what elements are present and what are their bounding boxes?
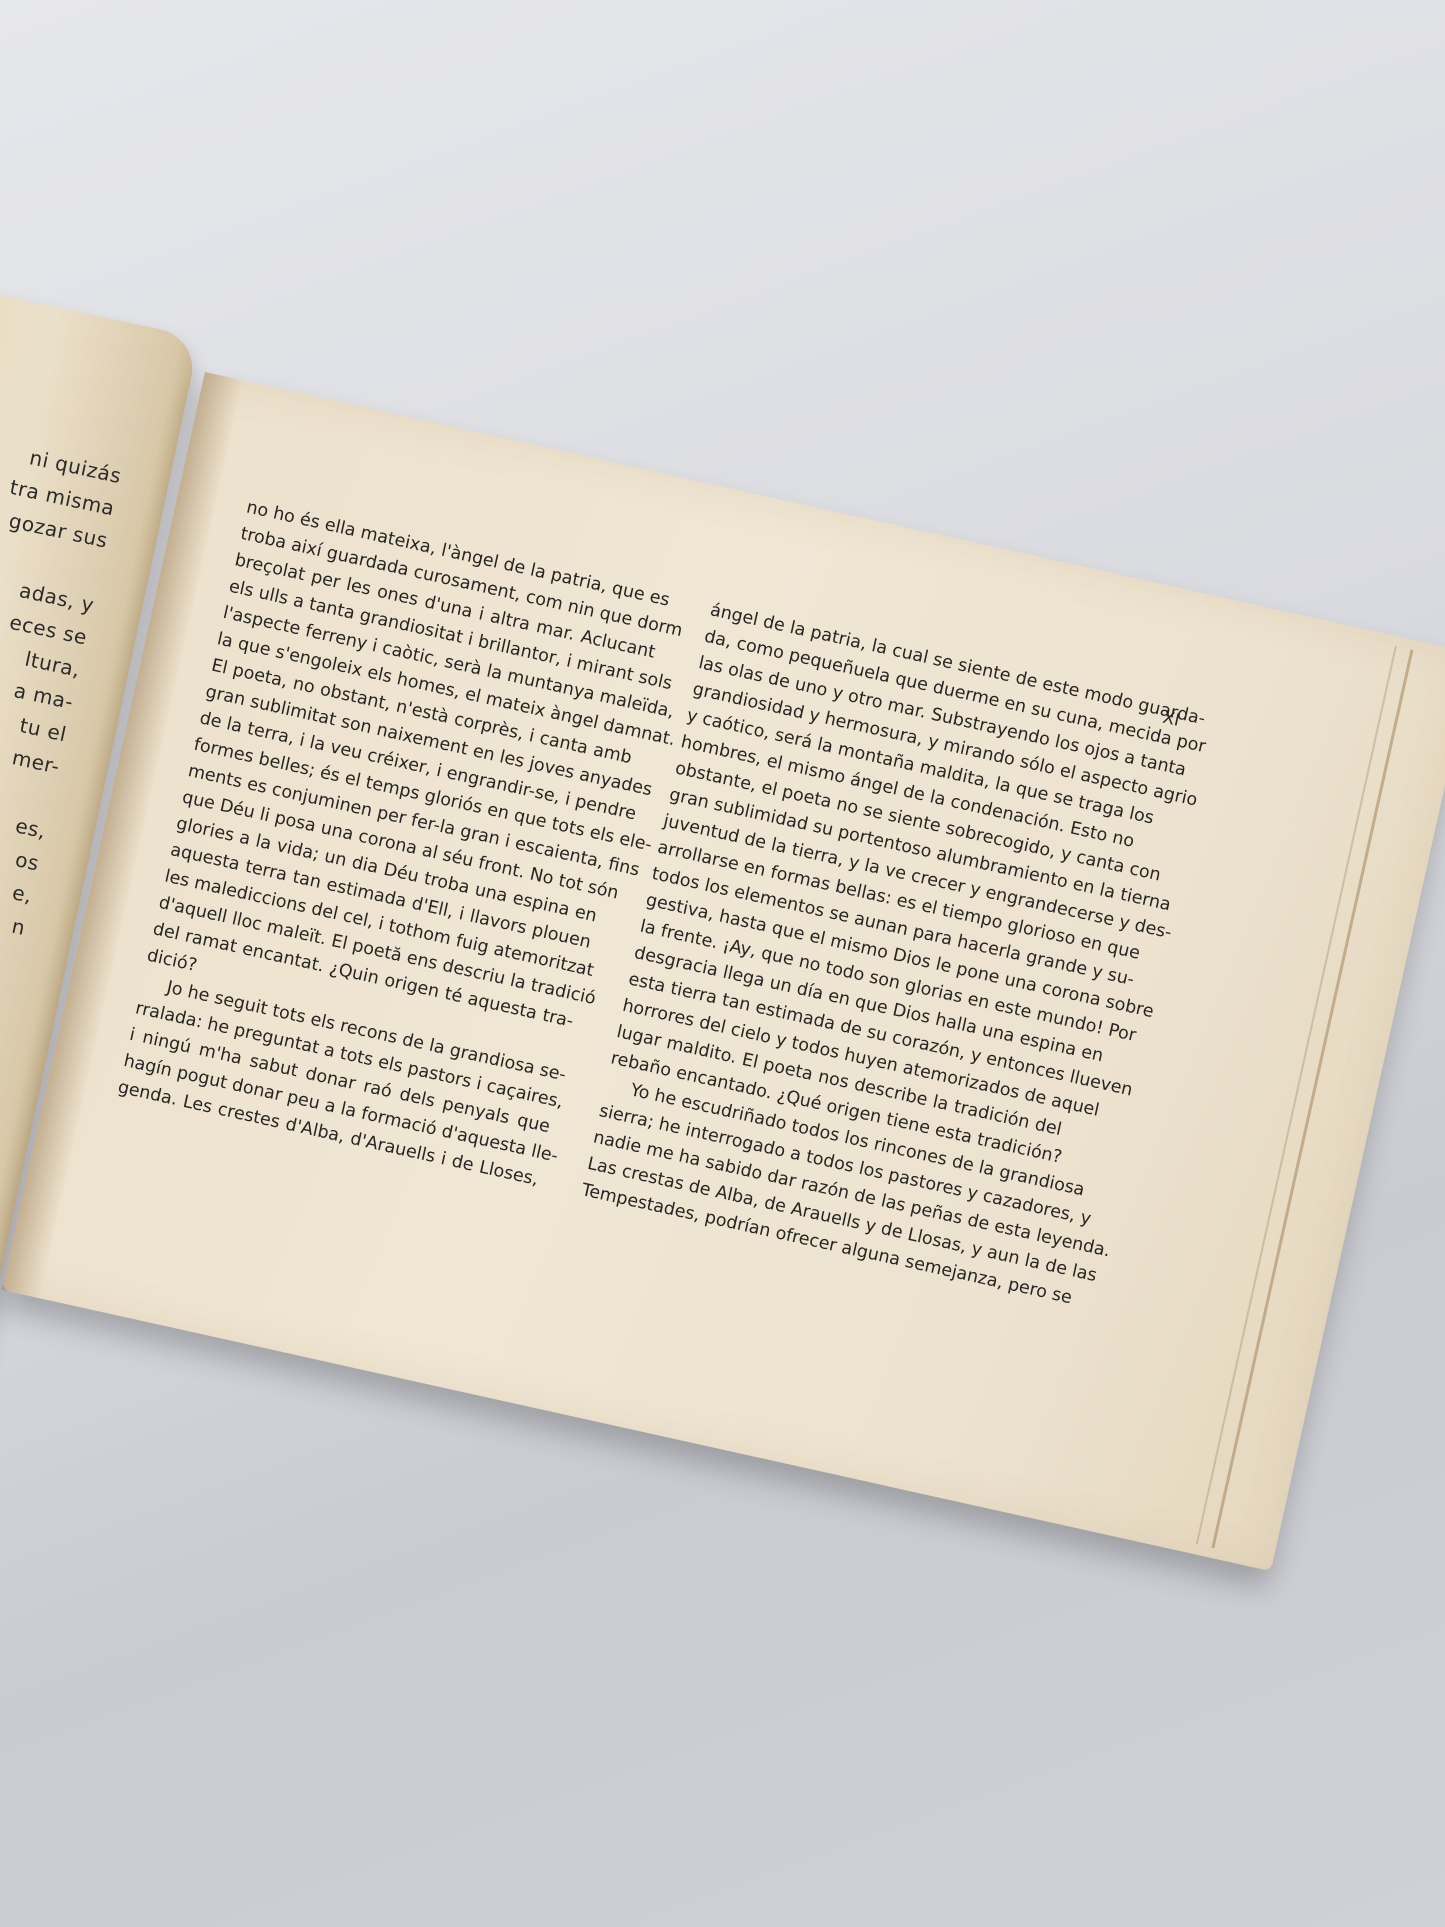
text-fragment: a ma- <box>12 678 76 714</box>
text-fragment: n <box>10 914 28 940</box>
book-photo: ni quizástra mismagozar susadas, yeces s… <box>0 0 1445 1927</box>
right-page: XI no ho és ella mateixa, l'àngel de la … <box>2 372 1445 1571</box>
text-fragment: e, <box>10 880 34 908</box>
text-fragment: eces se <box>7 610 89 650</box>
text-fragment: adas, y <box>17 578 96 617</box>
text-fragment: os <box>13 847 41 875</box>
catalan-text-column: no ho és ella mateixa, l'àngel de la pat… <box>115 495 669 1194</box>
text-fragment: ltura, <box>23 647 83 682</box>
text-fragment: mer- <box>10 745 62 778</box>
text-fragment: tu el <box>18 713 69 746</box>
text-fragment: es, <box>13 813 48 843</box>
